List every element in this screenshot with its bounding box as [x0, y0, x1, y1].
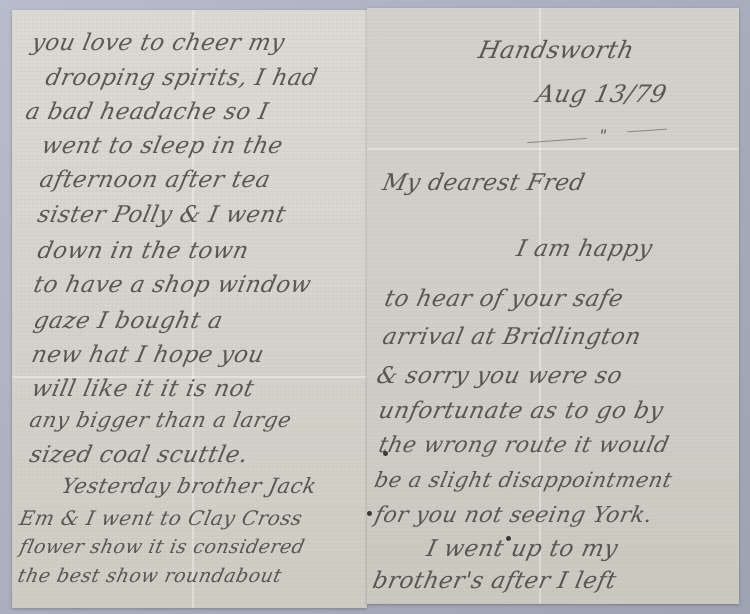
fold-crease	[367, 148, 739, 150]
letter-date: Aug 13/79	[534, 80, 669, 108]
handwritten-line: to have a shop window	[31, 272, 314, 298]
handwritten-line: went to sleep in the	[39, 133, 285, 159]
handwritten-line: arrival at Bridlington	[380, 324, 643, 350]
handwritten-line: afternoon after tea	[37, 167, 273, 193]
ink-spot	[367, 511, 372, 516]
handwritten-line: I am happy	[514, 236, 655, 262]
handwritten-line: sized coal scuttle.	[27, 442, 250, 468]
handwritten-line: you love to cheer my	[29, 30, 287, 56]
handwritten-line: I went up to my	[424, 536, 620, 562]
handwritten-line: unfortunate as to go by	[376, 398, 666, 424]
handwritten-line: Em & I went to Clay Cross	[17, 506, 304, 530]
handwritten-line: for you not seeing York.	[372, 503, 655, 528]
handwritten-line: to hear of your safe	[382, 286, 626, 312]
handwritten-line: sister Polly & I went	[35, 202, 288, 228]
handwritten-line: Yesterday brother Jack	[59, 474, 318, 498]
letter-right-page: Handsworth Aug 13/79 " My dearest Fred I…	[367, 8, 739, 604]
handwritten-line: will like it it is not	[29, 376, 256, 402]
separator-mark: "	[597, 126, 609, 145]
handwritten-line: be a slight disappointment	[372, 468, 674, 492]
letter-place: Handsworth	[476, 36, 637, 64]
letter-left-page: you love to cheer my drooping spirits, I…	[12, 10, 367, 608]
handwritten-line: any bigger than a large	[27, 408, 293, 432]
handwritten-line: down in the town	[35, 238, 251, 264]
handwritten-line: flower show it is considered	[18, 536, 307, 558]
handwritten-line: new hat I hope you	[29, 342, 266, 368]
letter-salutation: My dearest Fred	[380, 170, 587, 196]
handwritten-line: brother's after I left	[370, 568, 619, 594]
ink-spot	[383, 451, 388, 456]
handwritten-line: the best show roundabout	[16, 565, 284, 587]
handwritten-line: drooping spirits, I had	[43, 65, 320, 91]
separator-rule	[527, 138, 587, 143]
handwritten-line: a bad headache so I	[23, 99, 271, 125]
handwritten-line: the wrong route it would	[376, 433, 671, 458]
handwritten-line: gaze I bought a	[31, 308, 225, 334]
handwritten-line: & sorry you were so	[374, 363, 625, 389]
ink-spot	[506, 536, 511, 541]
separator-rule	[627, 129, 667, 133]
